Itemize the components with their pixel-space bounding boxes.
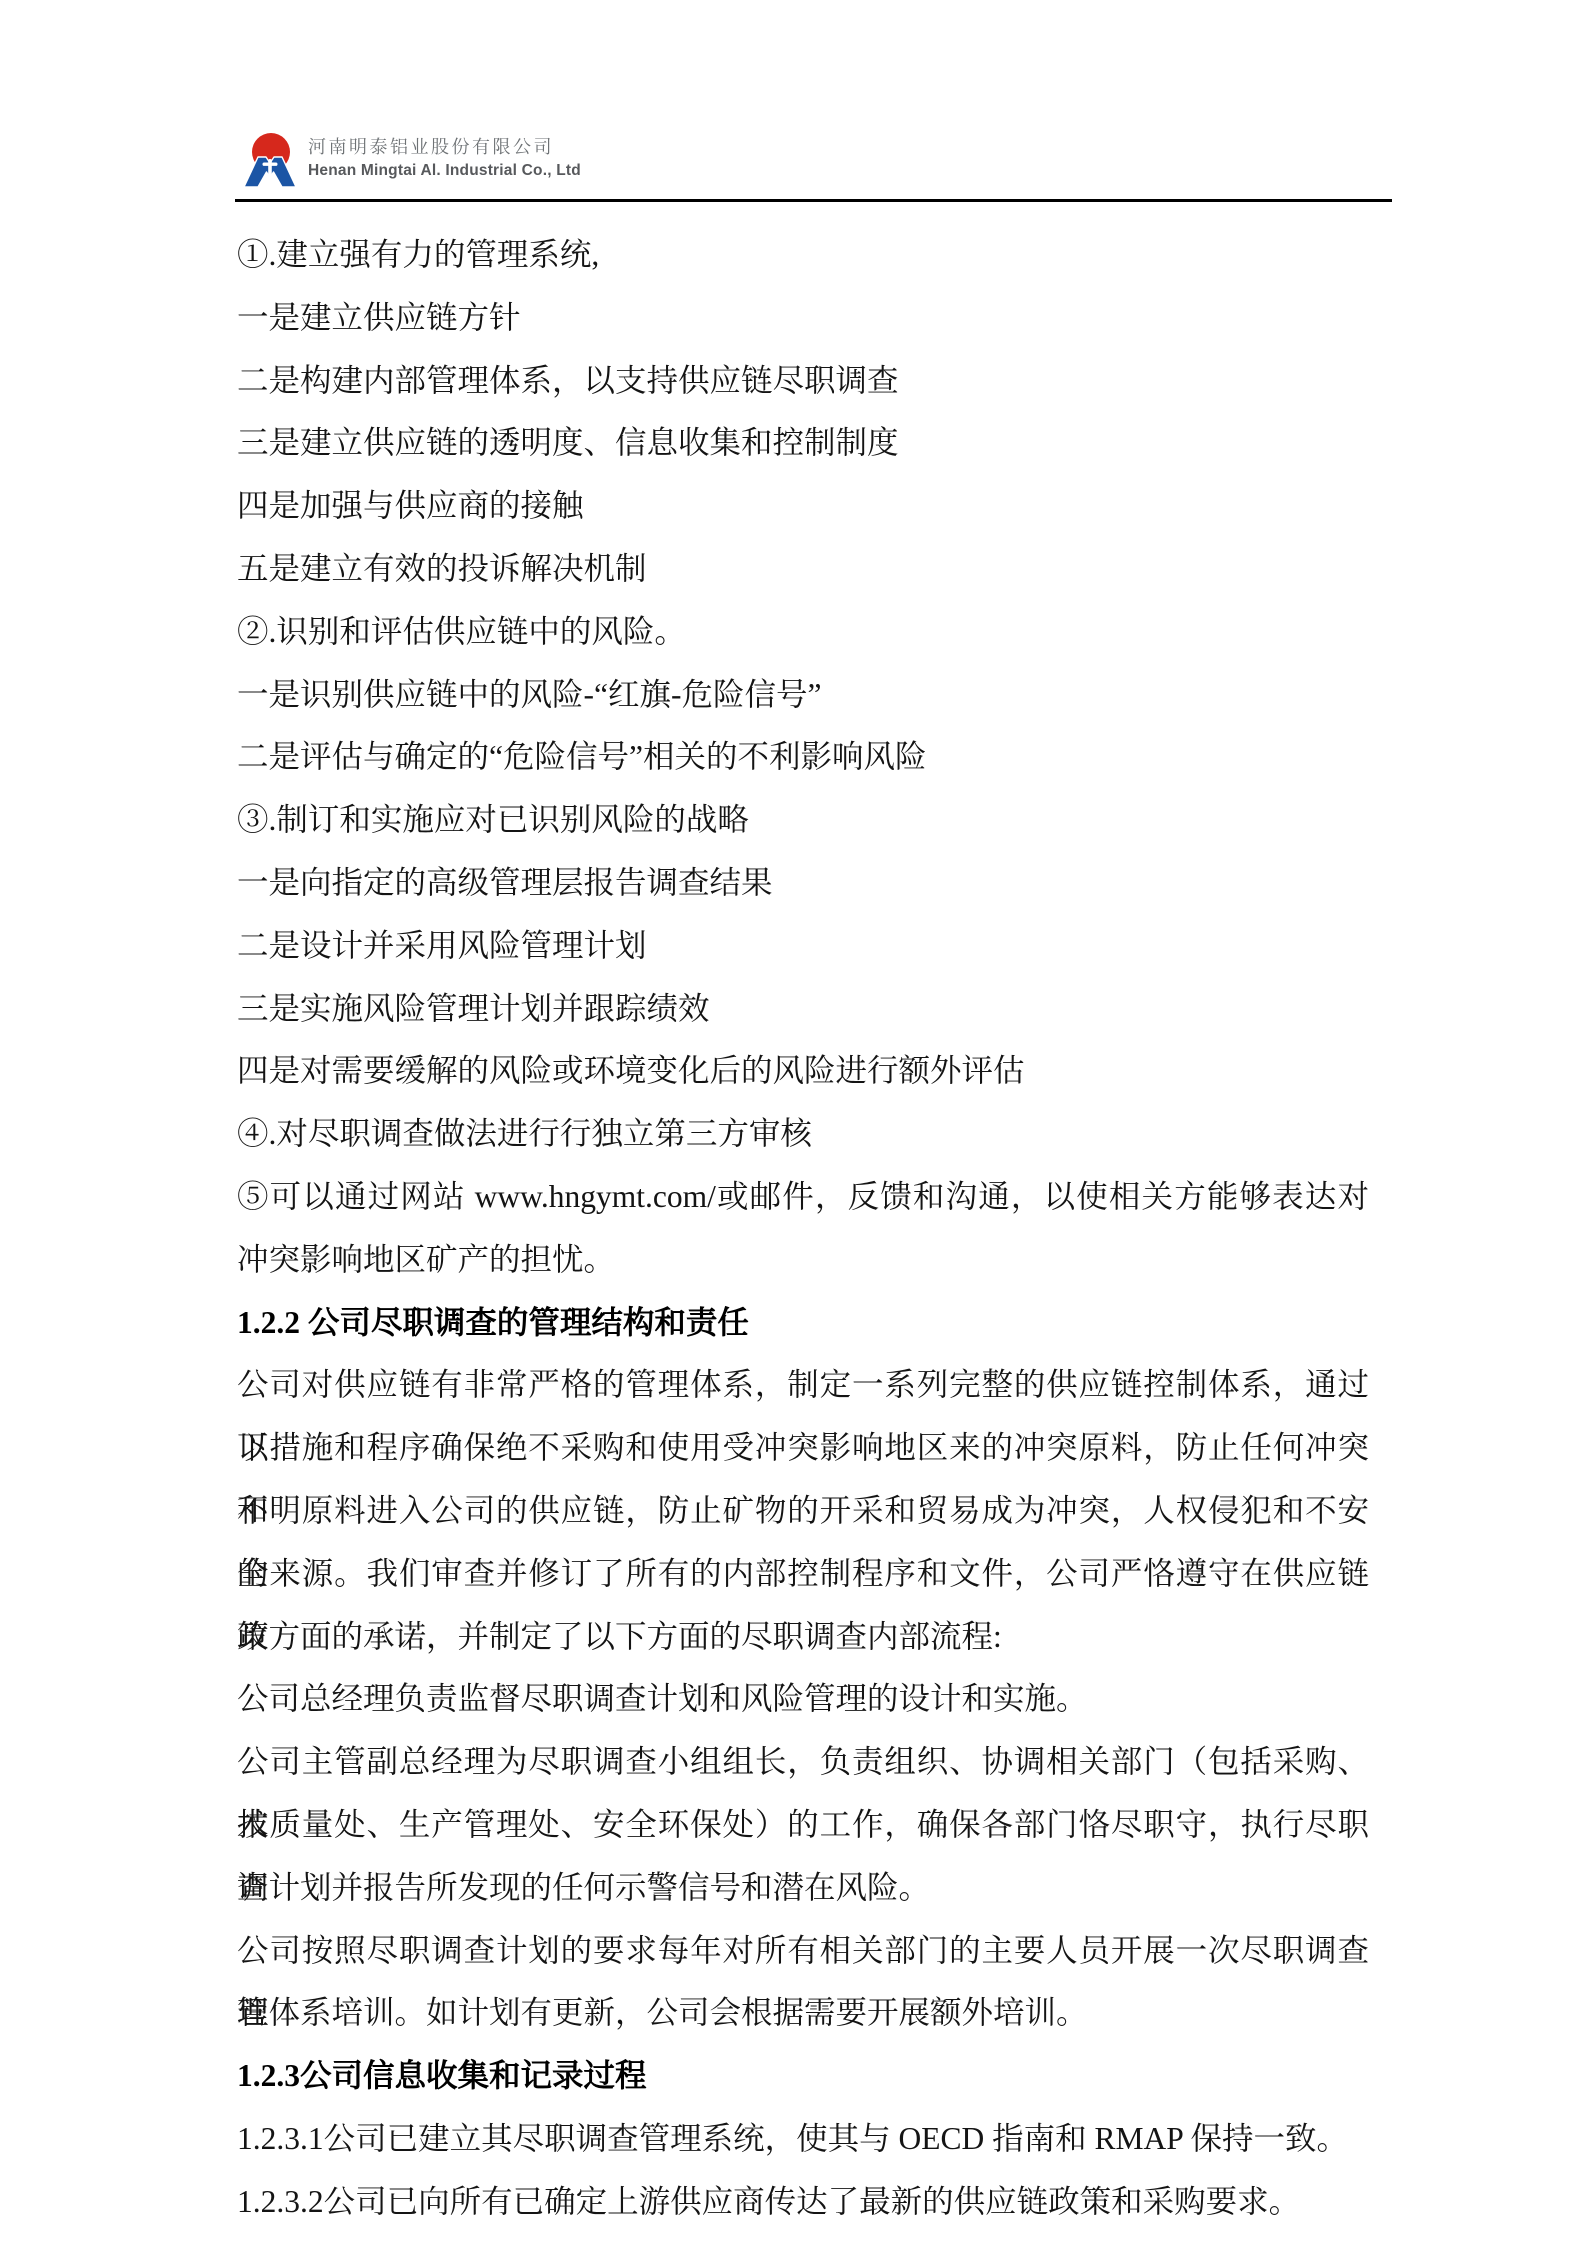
text-line: 公司按照尽职调查计划的要求每年对所有相关部门的主要人员开展一次尽职调查管 <box>237 1920 1369 1983</box>
company-logo-icon <box>243 132 297 189</box>
text-line: 公司总经理负责监督尽职调查计划和风险管理的设计和实施。 <box>237 1668 1369 1731</box>
text-line: 下措施和程序确保绝不采购和使用受冲突影响地区来的冲突原料，防止任何冲突和 <box>237 1417 1369 1480</box>
text-line: 公司主管副总经理为尽职调查小组组长，负责组织、协调相关部门（包括采购、技 <box>237 1731 1369 1794</box>
text-line: 一是建立供应链方针 <box>237 287 1369 350</box>
company-name-block: 河南明泰铝业股份有限公司 Henan Mingtai Al. Industria… <box>308 136 581 180</box>
text-line: ④.对尽职调查做法进行行独立第三方审核 <box>237 1103 1369 1166</box>
text-line: 理体系培训。如计划有更新，公司会根据需要开展额外培训。 <box>237 1982 1369 2045</box>
text-line: 1.2.3.1公司已建立其尽职调查管理系统，使其与 OECD 指南和 RMAP … <box>237 2108 1369 2171</box>
section-heading: 1.2.3公司信息收集和记录过程 <box>237 2045 1369 2108</box>
header-divider <box>235 199 1392 202</box>
text-line: 二是构建内部管理体系，以支持供应链尽职调查 <box>237 350 1369 413</box>
company-name-en: Henan Mingtai Al. Industrial Co., Ltd <box>308 161 581 180</box>
document-page: 河南明泰铝业股份有限公司 Henan Mingtai Al. Industria… <box>0 0 1587 2245</box>
page-header: 河南明泰铝业股份有限公司 Henan Mingtai Al. Industria… <box>0 0 1587 205</box>
text-line: 冲突影响地区矿产的担忧。 <box>237 1229 1369 1292</box>
text-line: ⑤可以通过网站 www.hngymt.com/或邮件，反馈和沟通，以使相关方能够… <box>237 1166 1369 1229</box>
text-line: 二是评估与确定的“危险信号”相关的不利影响风险 <box>237 726 1369 789</box>
text-line: 1.2.3.2公司已向所有已确定上游供应商传达了最新的供应链政策和采购要求。 <box>237 2171 1369 2234</box>
text-line: 不明原料进入公司的供应链，防止矿物的开采和贸易成为冲突，人权侵犯和不安全 <box>237 1480 1369 1543</box>
text-line: 公司对供应链有非常严格的管理体系，制定一系列完整的供应链控制体系，通过以 <box>237 1354 1369 1417</box>
text-line: 的来源。我们审查并修订了所有的内部控制程序和文件，公司严恪遵守在供应链政 <box>237 1543 1369 1606</box>
document-body: ①.建立强有力的管理系统,一是建立供应链方针二是构建内部管理体系，以支持供应链尽… <box>237 224 1369 2234</box>
text-line: 策方面的承诺，并制定了以下方面的尽职调查内部流程: <box>237 1606 1369 1669</box>
text-line: 三是实施风险管理计划并跟踪绩效 <box>237 978 1369 1041</box>
section-heading: 1.2.2 公司尽职调查的管理结构和责任 <box>237 1292 1369 1355</box>
text-line: 二是设计并采用风险管理计划 <box>237 915 1369 978</box>
text-line: 术质量处、生产管理处、安全环保处）的工作，确保各部门恪尽职守，执行尽职调 <box>237 1794 1369 1857</box>
text-line: ②.识别和评估供应链中的风险。 <box>237 601 1369 664</box>
text-line: ①.建立强有力的管理系统, <box>237 224 1369 287</box>
text-line: 查计划并报告所发现的任何示警信号和潜在风险。 <box>237 1857 1369 1920</box>
text-line: 四是加强与供应商的接触 <box>237 475 1369 538</box>
text-line: 一是向指定的高级管理层报告调查结果 <box>237 852 1369 915</box>
text-line: 一是识别供应链中的风险-“红旗-危险信号” <box>237 664 1369 727</box>
company-name-zh: 河南明泰铝业股份有限公司 <box>308 136 581 158</box>
text-line: 四是对需要缓解的风险或环境变化后的风险进行额外评估 <box>237 1040 1369 1103</box>
text-line: 三是建立供应链的透明度、信息收集和控制制度 <box>237 412 1369 475</box>
text-line: 五是建立有效的投诉解决机制 <box>237 538 1369 601</box>
text-line: ③.制订和实施应对已识别风险的战略 <box>237 789 1369 852</box>
